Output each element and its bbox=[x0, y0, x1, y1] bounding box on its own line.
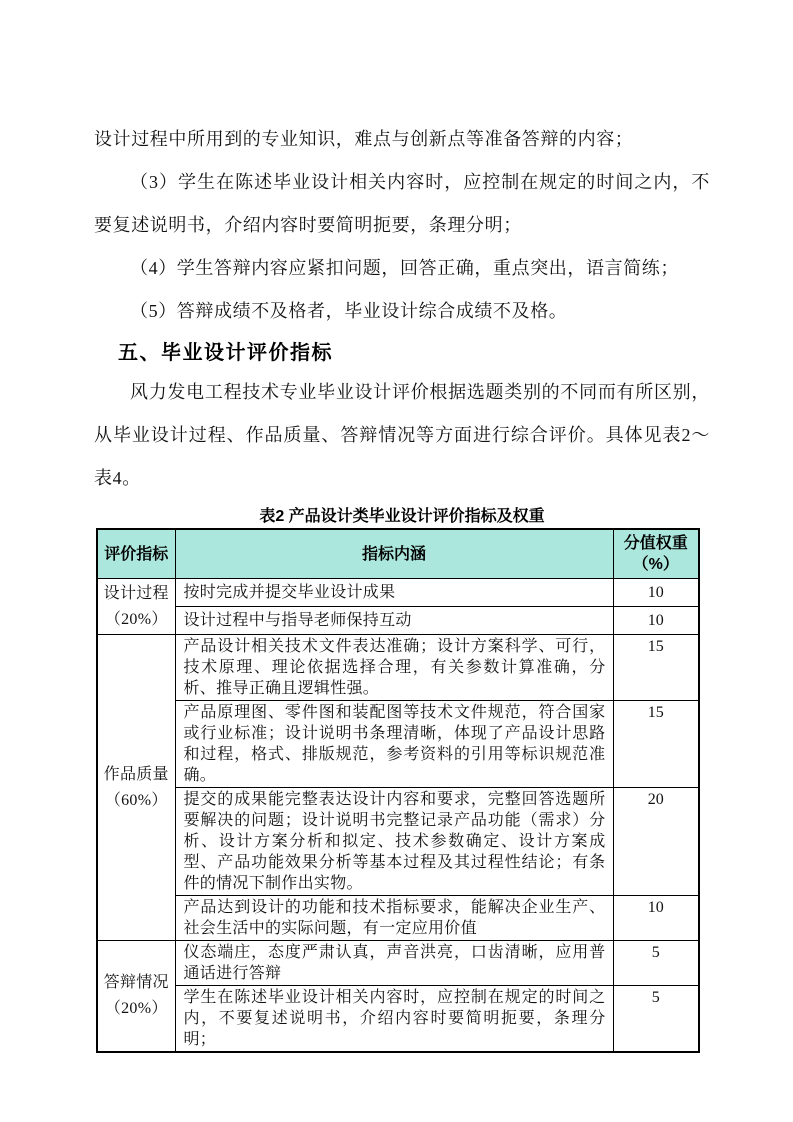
content-cell: 产品设计相关技术文件表达准确；设计方案科学、可行，技术原理、理论依据选择合理，有… bbox=[175, 635, 613, 701]
table-row: 作品质量 （60%） 产品设计相关技术文件表达准确；设计方案科学、可行，技术原理… bbox=[97, 635, 699, 701]
group-label-line1: 设计过程 bbox=[98, 581, 175, 607]
score-cell: 15 bbox=[613, 635, 699, 701]
group-cell-defense: 答辩情况 （20%） bbox=[97, 941, 175, 1053]
paragraph-continuation: 设计过程中所用到的专业知识，难点与创新点等准备答辩的内容； bbox=[94, 118, 710, 161]
table-title: 表2 产品设计类毕业设计评价指标及权重 bbox=[94, 506, 710, 528]
content-cell: 提交的成果能完整表达设计内容和要求，完整回答选题所要解决的问题；设计说明书完整记… bbox=[175, 788, 613, 896]
content-cell: 学生在陈述毕业设计相关内容时，应控制在规定的时间之内，不要复述说明书，介绍内容时… bbox=[175, 986, 613, 1053]
header-cell-weight: 分值权重 （%） bbox=[613, 529, 699, 579]
evaluation-table: 评价指标 指标内涵 分值权重 （%） 设计过程 （20%） 按时完成并提交毕业设… bbox=[96, 528, 700, 1053]
content-cell: 产品原理图、零件图和装配图等技术文件规范，符合国家或行业标准；设计说明书条理清晰… bbox=[175, 701, 613, 788]
section-heading: 五、毕业设计评价指标 bbox=[118, 335, 710, 371]
table-row: 产品达到设计的功能和技术指标要求，能解决企业生产、社会生活中的实际问题，有一定应… bbox=[97, 896, 699, 941]
group-cell-work-quality: 作品质量 （60%） bbox=[97, 635, 175, 941]
intro-paragraph: 风力发电工程技术专业毕业设计评价根据选题类别的不同而有所区别，从毕业设计过程、作… bbox=[94, 371, 710, 500]
paragraph-item-4: （4）学生答辩内容应紧扣问题，回答正确，重点突出，语言简练； bbox=[94, 247, 710, 290]
table-header-row: 评价指标 指标内涵 分值权重 （%） bbox=[97, 529, 699, 579]
paragraph-item-5: （5）答辩成绩不及格者，毕业设计综合成绩不及格。 bbox=[94, 290, 710, 333]
table-row: 设计过程中与指导老师保持互动 10 bbox=[97, 607, 699, 635]
header-weight-line1: 分值权重 bbox=[614, 533, 699, 554]
score-cell: 10 bbox=[613, 896, 699, 941]
content-cell: 设计过程中与指导老师保持互动 bbox=[175, 607, 613, 635]
header-cell-content: 指标内涵 bbox=[175, 529, 613, 579]
group-label-line1: 作品质量 bbox=[98, 762, 175, 788]
content-cell: 仪态端庄，态度严肃认真，声音洪亮，口齿清晰，应用普通话进行答辩 bbox=[175, 941, 613, 986]
group-label-line2: （20%） bbox=[98, 996, 175, 1022]
score-cell: 20 bbox=[613, 788, 699, 896]
table-row: 提交的成果能完整表达设计内容和要求，完整回答选题所要解决的问题；设计说明书完整记… bbox=[97, 788, 699, 896]
table-row: 设计过程 （20%） 按时完成并提交毕业设计成果 10 bbox=[97, 579, 699, 607]
header-cell-criteria: 评价指标 bbox=[97, 529, 175, 579]
table-row: 学生在陈述毕业设计相关内容时，应控制在规定的时间之内，不要复述说明书，介绍内容时… bbox=[97, 986, 699, 1053]
score-cell: 5 bbox=[613, 986, 699, 1053]
group-label-line1: 答辩情况 bbox=[98, 970, 175, 996]
content-cell: 按时完成并提交毕业设计成果 bbox=[175, 579, 613, 607]
group-label-line2: （60%） bbox=[98, 788, 175, 814]
header-weight-line2: （%） bbox=[614, 554, 699, 575]
group-cell-design-process: 设计过程 （20%） bbox=[97, 579, 175, 635]
table-row: 产品原理图、零件图和装配图等技术文件规范，符合国家或行业标准；设计说明书条理清晰… bbox=[97, 701, 699, 788]
table-row: 答辩情况 （20%） 仪态端庄，态度严肃认真，声音洪亮，口齿清晰，应用普通话进行… bbox=[97, 941, 699, 986]
group-label-line2: （20%） bbox=[98, 607, 175, 633]
score-cell: 5 bbox=[613, 941, 699, 986]
content-cell: 产品达到设计的功能和技术指标要求，能解决企业生产、社会生活中的实际问题，有一定应… bbox=[175, 896, 613, 941]
score-cell: 15 bbox=[613, 701, 699, 788]
score-cell: 10 bbox=[613, 579, 699, 607]
score-cell: 10 bbox=[613, 607, 699, 635]
document-page: 设计过程中所用到的专业知识，难点与创新点等准备答辩的内容； （3）学生在陈述毕业… bbox=[0, 0, 793, 1122]
paragraph-item-3: （3）学生在陈述毕业设计相关内容时，应控制在规定的时间之内，不要复述说明书，介绍… bbox=[94, 161, 710, 247]
